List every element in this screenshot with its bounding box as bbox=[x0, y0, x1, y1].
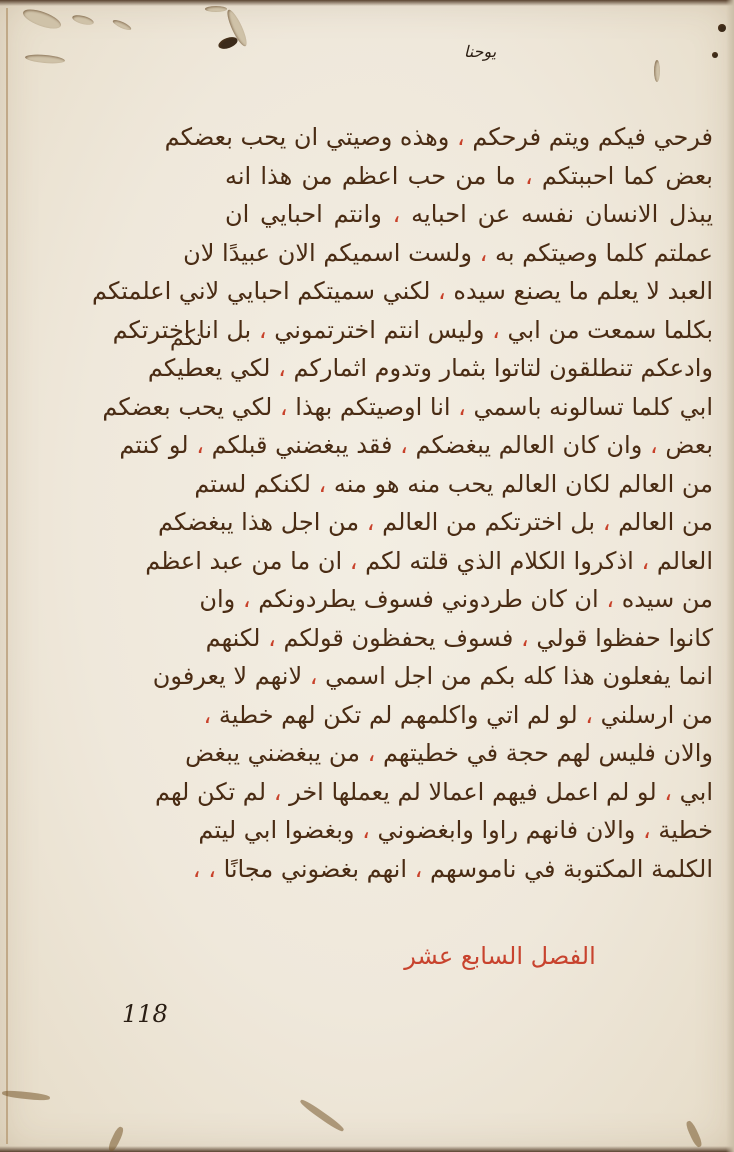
rubric-verse-marker: ، bbox=[274, 778, 282, 806]
text-line: الكلمة المكتوبة في ناموسهم ، انهم بغضوني… bbox=[225, 850, 713, 889]
wormhole-damage bbox=[71, 13, 94, 26]
rubric-verse-marker: ، bbox=[319, 470, 327, 498]
text-line: بعض كما احببتكم ، ما من حب اعظم من هذا ا… bbox=[225, 157, 713, 196]
text-line: ابي كلما تسالونه باسمي ، انا اوصيتكم بهذ… bbox=[225, 388, 713, 427]
page-top-edge bbox=[0, 0, 734, 6]
text-line: فرحي فيكم ويتم فرحكم ، وهذه وصيتي ان يحب… bbox=[225, 118, 713, 157]
damage-stain bbox=[2, 1090, 50, 1102]
text-line: وادعكم تنطلقون لتاتوا بثمار وتدوم اثمارك… bbox=[225, 349, 713, 388]
running-header: يوحنا bbox=[420, 42, 540, 61]
manuscript-page: يوحنا فرحي فيكم ويتم فرحكم ، وهذه وصيتي … bbox=[0, 0, 734, 1152]
text-line: انما يفعلون هذا كله بكم من اجل اسمي ، لا… bbox=[225, 657, 713, 696]
text-line: العالم ، اذكروا الكلام الذي قلته لكم ، ا… bbox=[225, 542, 713, 581]
rubric-verse-marker: ، bbox=[492, 316, 500, 344]
rubric-verse-marker: ، bbox=[204, 701, 212, 729]
wormhole-damage bbox=[718, 24, 726, 32]
rubric-verse-marker: ، bbox=[458, 393, 466, 421]
rubric-verse-marker: ، bbox=[280, 393, 288, 421]
rubric-verse-marker: ، bbox=[243, 585, 251, 613]
wormhole-damage bbox=[712, 52, 718, 58]
rubric-verse-marker: ، bbox=[193, 855, 201, 883]
page-right-edge bbox=[726, 0, 734, 1152]
rubric-verse-marker: ، bbox=[393, 200, 401, 228]
rubric-verse-marker: ، bbox=[438, 277, 446, 305]
text-line: كانوا حفظوا قولي ، فسوف يحفظون قولكم ، ل… bbox=[225, 619, 713, 658]
rubric-verse-marker: ، bbox=[368, 739, 376, 767]
rubric-verse-marker: ، bbox=[268, 624, 276, 652]
text-line: من ارسلني ، لو لم اتي واكلمهم لم تكن لهم… bbox=[225, 696, 713, 735]
text-line: يبذل الانسان نفسه عن احبايه ، وانتم احبا… bbox=[225, 195, 713, 234]
chapter-heading-rubric: الفصل السابع عشر bbox=[380, 942, 620, 970]
text-line: بكلما سمعت من ابي ، وليس انتم اخترتموني … bbox=[225, 311, 713, 350]
rubric-verse-marker: ، bbox=[196, 431, 204, 459]
text-line: والان فليس لهم حجة في خطيتهم ، من يبغضني… bbox=[225, 734, 713, 773]
damage-stain bbox=[684, 1120, 703, 1149]
rubric-verse-marker: ، bbox=[606, 585, 614, 613]
wormhole-damage bbox=[112, 18, 133, 32]
text-line: من سيده ، ان كان طردوني فسوف يطردونكم ، … bbox=[225, 580, 713, 619]
margin-correction-note: تكم bbox=[170, 326, 203, 351]
rubric-verse-marker: ، bbox=[603, 508, 611, 536]
text-line: ابي ، لو لم اعمل فيهم اعمالا لم يعملها ا… bbox=[225, 773, 713, 812]
rubric-verse-marker: ، bbox=[457, 123, 465, 151]
manuscript-text-block: فرحي فيكم ويتم فرحكم ، وهذه وصيتي ان يحب… bbox=[225, 118, 713, 888]
rubric-verse-marker: ، bbox=[480, 239, 488, 267]
rubric-verse-marker: ، bbox=[585, 701, 593, 729]
folio-number: 118 bbox=[122, 1000, 168, 1028]
text-line: من العالم ، بل اخترتكم من العالم ، من اج… bbox=[225, 503, 713, 542]
wormhole-damage bbox=[205, 6, 227, 12]
rubric-verse-marker: ، bbox=[278, 354, 286, 382]
rubric-verse-marker: ، bbox=[367, 508, 375, 536]
gutter-fold-line bbox=[6, 8, 8, 1144]
wormhole-damage bbox=[654, 60, 660, 82]
rubric-verse-marker: ، bbox=[664, 778, 672, 806]
rubric-verse-marker: ، bbox=[415, 855, 423, 883]
text-line: العبد لا يعلم ما يصنع سيده ، لكني سميتكم… bbox=[225, 272, 713, 311]
rubric-verse-marker: ، bbox=[208, 855, 216, 883]
rubric-verse-marker: ، bbox=[362, 816, 370, 844]
damage-stain bbox=[299, 1098, 346, 1134]
text-line: بعض ، وان كان العالم يبغضكم ، فقد يبغضني… bbox=[225, 426, 713, 465]
rubric-verse-marker: ، bbox=[310, 662, 318, 690]
rubric-verse-marker: ، bbox=[259, 316, 267, 344]
rubric-verse-marker: ، bbox=[641, 547, 649, 575]
text-line: عملتم كلما وصيتكم به ، ولست اسميكم الان … bbox=[225, 234, 713, 273]
rubric-verse-marker: ، bbox=[400, 431, 408, 459]
text-line: من العالم لكان العالم يحب منه هو منه ، ل… bbox=[225, 465, 713, 504]
rubric-verse-marker: ، bbox=[521, 624, 529, 652]
wormhole-damage bbox=[21, 6, 63, 33]
text-line: خطية ، والان فانهم راوا وابغضوني ، وبغضو… bbox=[225, 811, 713, 850]
rubric-verse-marker: ، bbox=[650, 431, 658, 459]
rubric-verse-marker: ، bbox=[350, 547, 358, 575]
rubric-verse-marker: ، bbox=[525, 162, 533, 190]
rubric-verse-marker: ، bbox=[643, 816, 651, 844]
wormhole-damage bbox=[25, 53, 66, 64]
